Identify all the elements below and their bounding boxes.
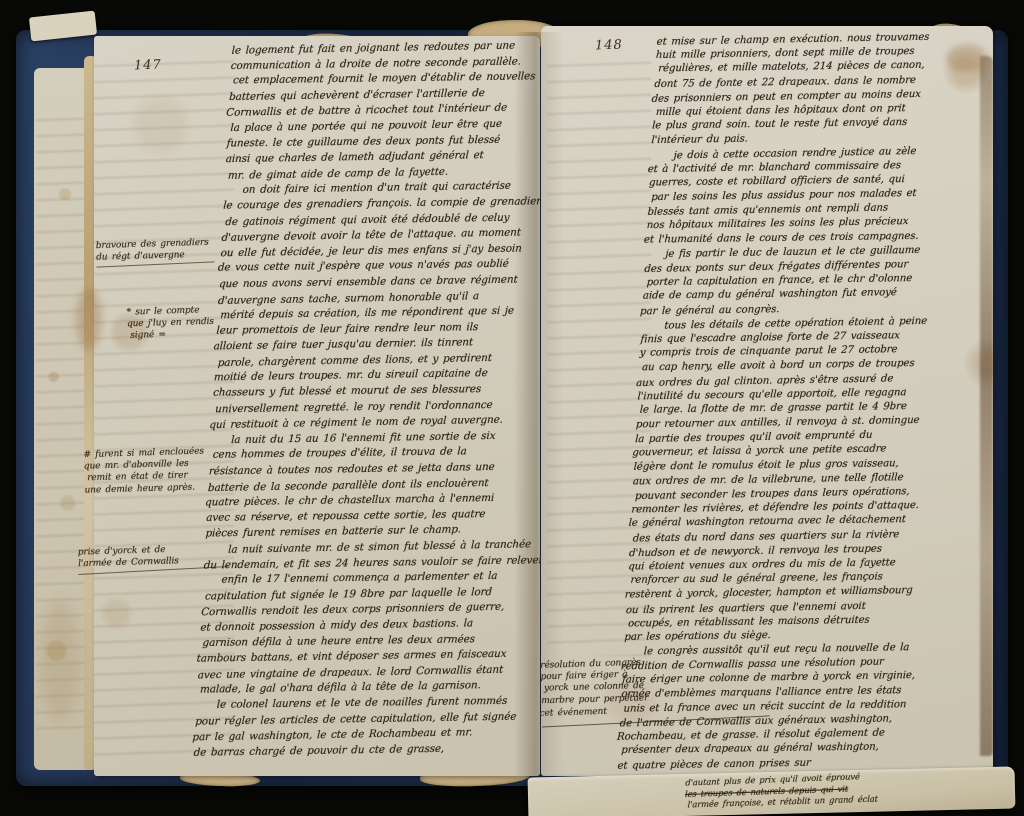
flyleaf: [34, 68, 90, 770]
manuscript-photograph: { "document": { "type": "handwritten man…: [0, 0, 1024, 816]
margin-note-prise-yorck: prise d'yorck et del'armée de Cornwallis: [78, 542, 229, 573]
margin-note-enclouees: # furent si mal enclouéesque mr. d'abonv…: [83, 445, 205, 496]
page-right: 148 et mise sur le champ en exécution. n…: [541, 26, 993, 776]
page-number-left: 147: [134, 58, 162, 74]
footnote-text: d'autant plus de prix qu'il avoit éprouv…: [684, 771, 879, 812]
margin-note-resolution-congres: résolution du congrèspour faire ériger à…: [540, 653, 770, 725]
margin-note-compte: * sur le compteque j'luy en rendissigné …: [127, 304, 215, 342]
margin-note-bravoure: bravoure des grenadiersdu régt d'auvergn…: [96, 236, 215, 266]
page-left: 147 le logement fut fait en joignant les…: [94, 36, 540, 776]
manuscript-line: signé =: [130, 328, 214, 342]
manuscript-text-left: le logement fut fait en joignant les red…: [193, 39, 534, 762]
page-number-right: 148: [595, 38, 623, 54]
